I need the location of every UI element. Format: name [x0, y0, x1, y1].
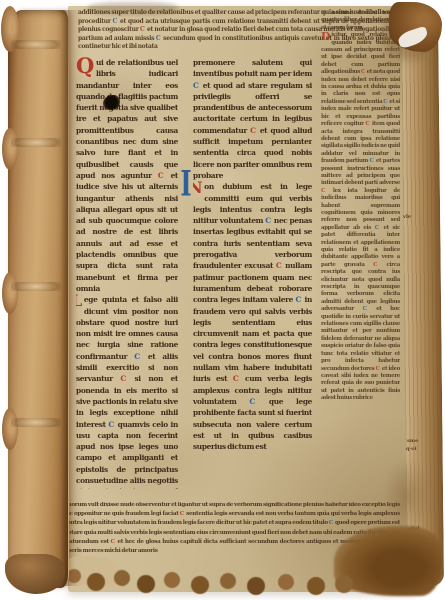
pilcrow-mark: C	[111, 539, 116, 545]
pilcrow-mark: C	[108, 420, 115, 429]
illuminated-initial-L: L	[76, 294, 82, 307]
pilcrow-mark: C	[193, 81, 200, 90]
pilcrow-mark: C	[120, 374, 127, 383]
pilcrow-mark: C	[140, 26, 145, 33]
manuscript-paragraph: Lege quinta et falso alii dicunt vim pos…	[76, 294, 178, 489]
manuscript-paragraph: Qui de relationibus uel libris iudicari …	[76, 57, 178, 294]
gloss-column: in nomine domini incipit quartus liber d…	[321, 10, 400, 502]
manuscript-book: additiones super titulo de relationibus …	[0, 0, 445, 600]
spine-crease	[11, 282, 61, 291]
spine-crease	[11, 138, 61, 147]
top-right-corner-damage	[389, 2, 442, 52]
spine-raised-band	[2, 128, 18, 170]
pilcrow-mark: C	[276, 261, 283, 270]
pilcrow-mark: C	[329, 520, 334, 526]
pilcrow-mark: C	[375, 225, 380, 231]
pilcrow-mark: C	[369, 158, 374, 164]
leather-spine	[8, 10, 69, 588]
margin-note: vle	[403, 214, 411, 220]
text-column-1: Qui de relationibus uel libris iudicari …	[76, 57, 178, 489]
margin-note: q·oi	[406, 446, 416, 452]
manuscript-paragraph: Non dubium est in lege committi eum qui …	[193, 181, 312, 452]
pilcrow-mark: C	[233, 374, 240, 383]
photo-background: { "palette":{ "background":"#ffffff","le…	[0, 0, 445, 600]
pilcrow-mark: C	[156, 35, 161, 42]
illuminated-initial-I: I	[180, 168, 191, 203]
pilcrow-mark: C	[376, 366, 381, 372]
pilcrow-mark: C	[295, 295, 302, 304]
text-column-2: premonere salutem qui inventibus potuit …	[193, 57, 312, 489]
spine-tailcap	[5, 554, 65, 594]
pilcrow-mark: C	[113, 18, 118, 25]
bottom-right-stain	[334, 526, 442, 596]
pilcrow-mark: C	[361, 69, 366, 75]
illuminated-initial-D: D	[321, 32, 330, 41]
pilcrow-mark: C	[158, 171, 165, 180]
pilcrow-mark: C	[373, 262, 378, 268]
spine-crease	[11, 40, 61, 49]
spine-raised-band	[2, 272, 18, 314]
spine-crease	[11, 418, 61, 427]
spine-raised-band	[2, 408, 18, 450]
illuminated-initial-Q: Q	[76, 58, 94, 74]
pilcrow-mark: C	[365, 121, 370, 127]
pilcrow-mark: C	[249, 397, 256, 406]
pilcrow-mark: C	[265, 216, 272, 225]
pilcrow-mark: C	[250, 126, 257, 135]
pilcrow-mark: C	[321, 188, 326, 194]
corner-smudge	[384, 460, 432, 532]
manuscript-paragraph: premonere salutem qui inventibus potuit …	[193, 57, 312, 181]
manuscript-paragraph: Dicitur quod relatio est quando iudex du…	[321, 32, 400, 402]
pilcrow-mark: C	[134, 352, 141, 361]
margin-note: sme	[407, 438, 418, 444]
pilcrow-mark: C	[363, 306, 368, 312]
pilcrow-mark: C	[180, 511, 185, 517]
illuminated-initial-N: N	[193, 181, 202, 194]
pilcrow-mark: C	[383, 99, 388, 105]
